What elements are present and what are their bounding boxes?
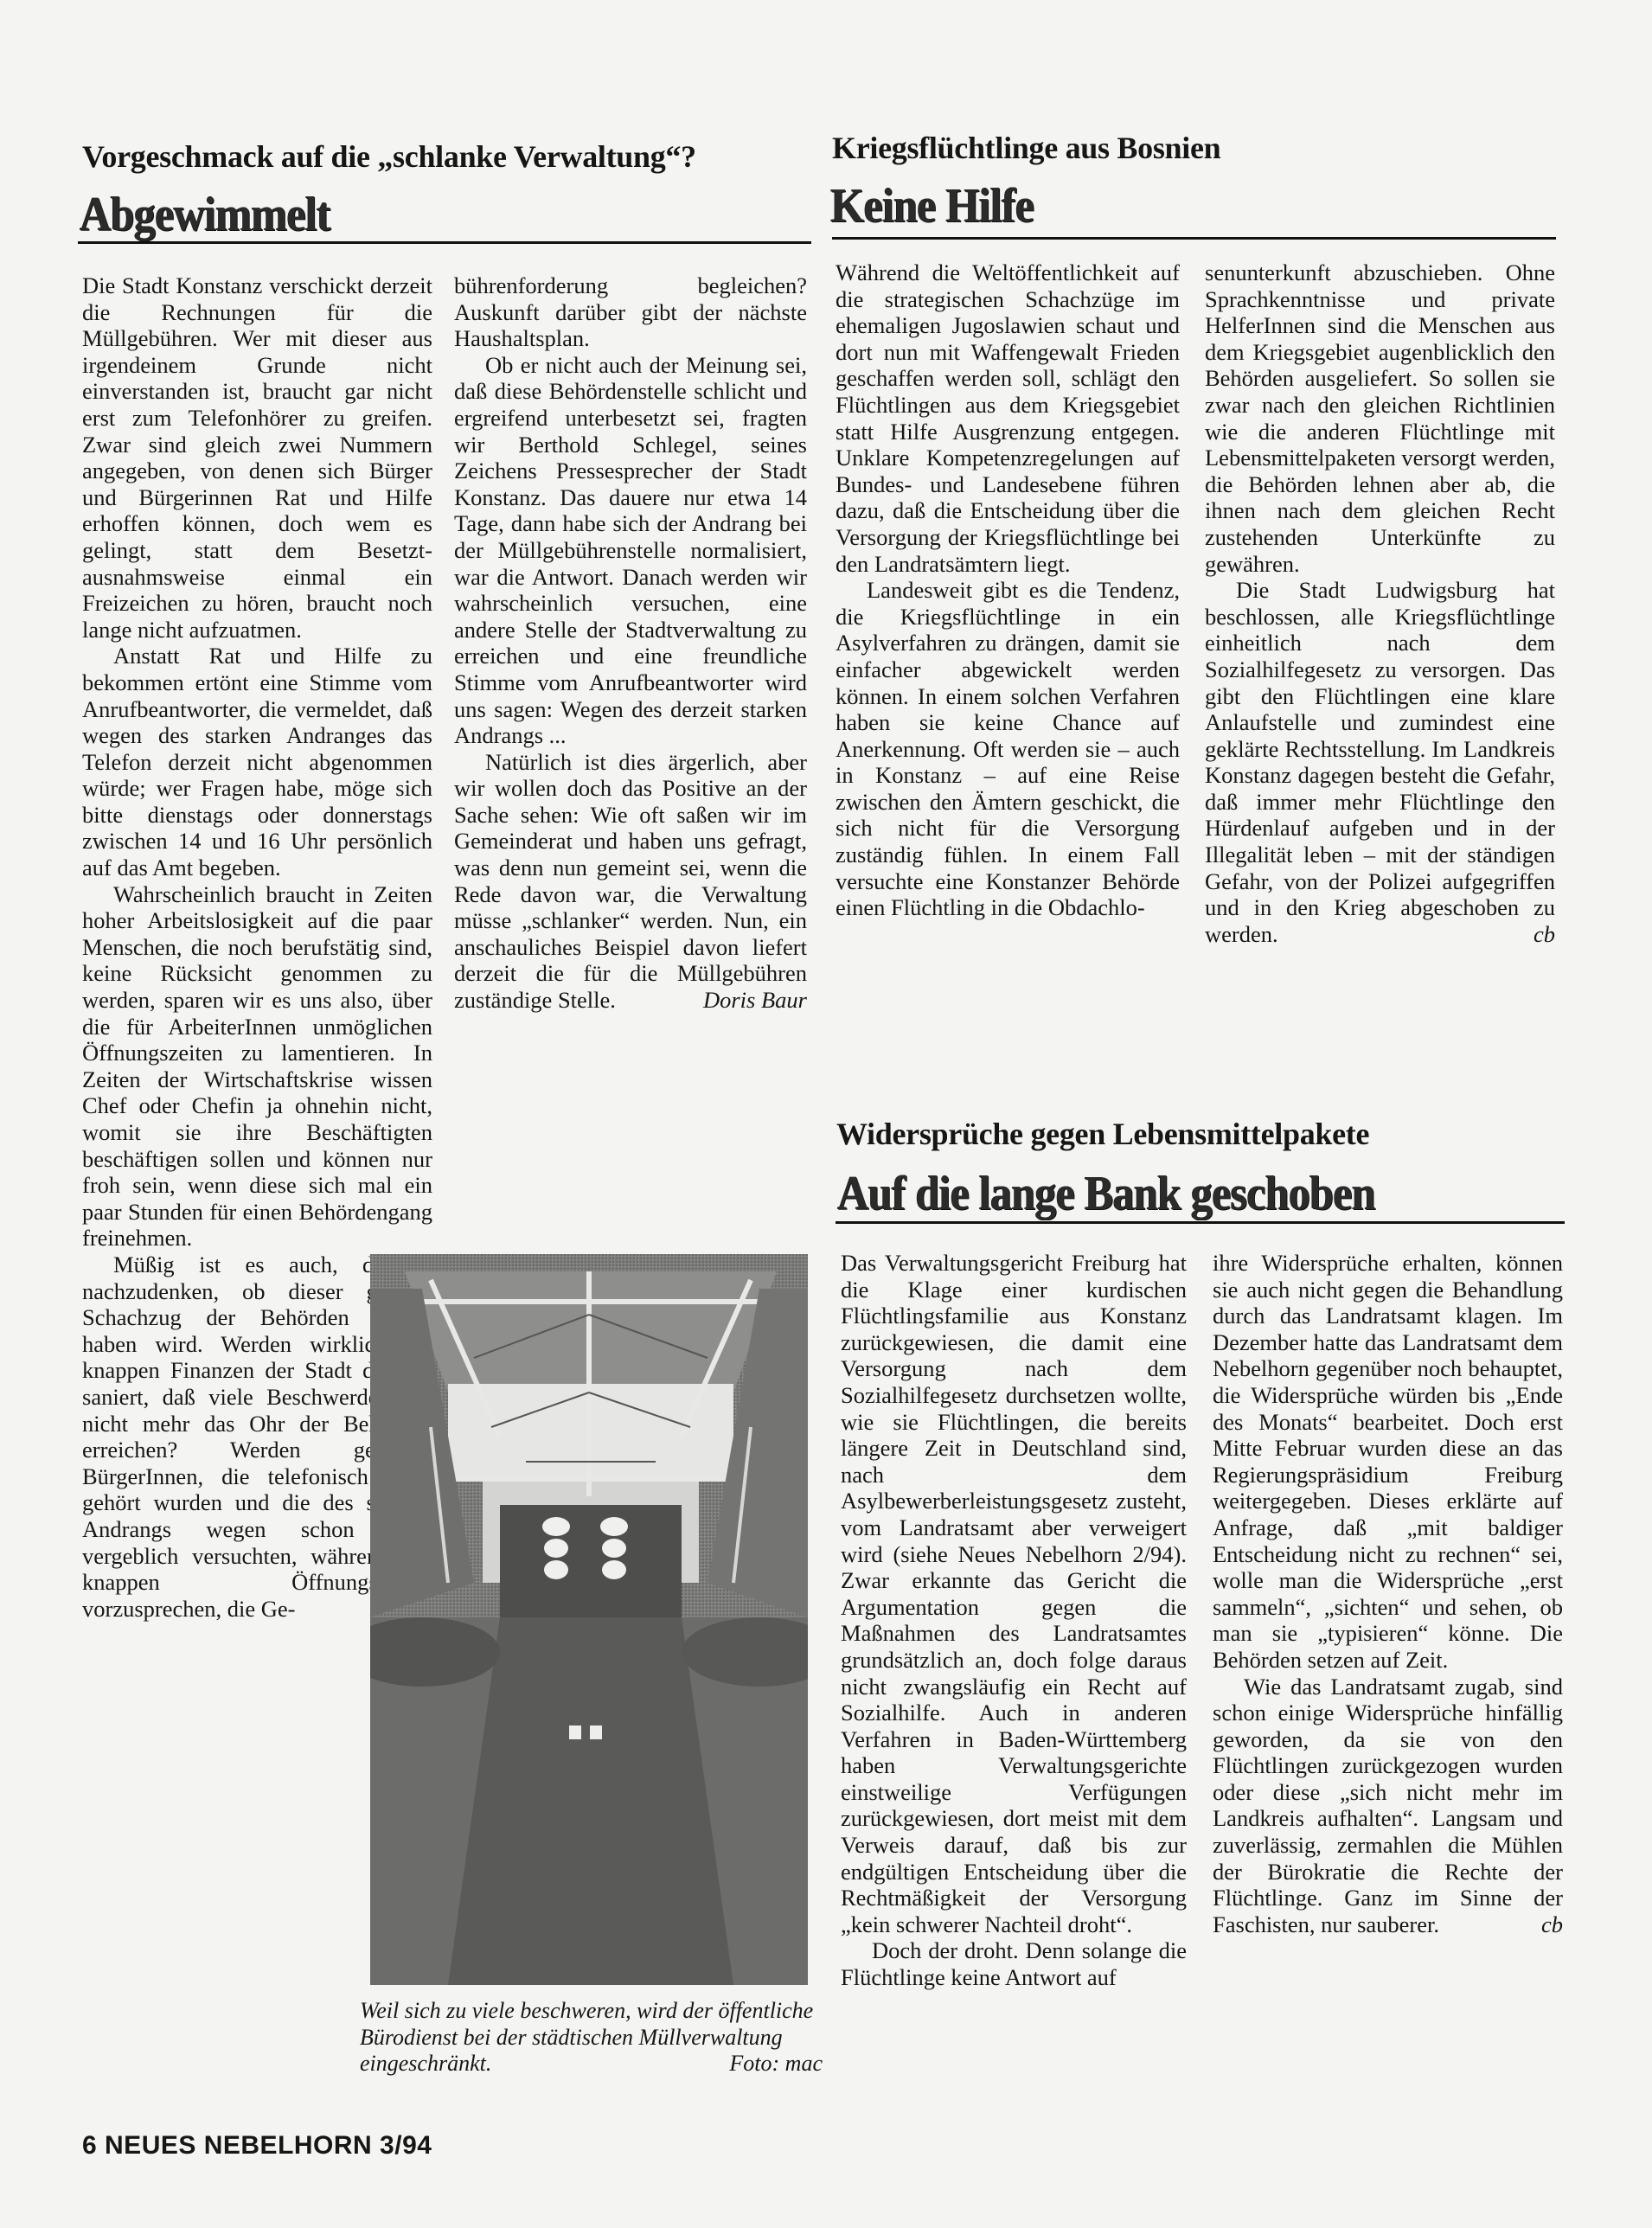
article2-kicker: Kriegsflüchtlinge aus Bosnien [832, 130, 1220, 166]
photo-credit: Foto: mac [729, 2051, 823, 2078]
article1-photo-caption: Weil sich zu viele beschweren, wird der … [360, 1998, 823, 2078]
hall-interior-image [370, 1254, 808, 1985]
article2-headline: Keine Hilfe [830, 178, 1034, 234]
article3-kicker: Widersprüche gegen Lebensmittelpakete [836, 1116, 1369, 1152]
article1-photo [370, 1254, 808, 1985]
article2-paragraph: senunterkunft abzuschieben. Ohne Sprachk… [1205, 259, 1555, 577]
article1-paragraph: Anstatt Rat und Hilfe zu bekommen ertönt… [82, 643, 432, 880]
article3-column-1: Das Verwaltungsgericht Freiburg hat die … [841, 1250, 1187, 1991]
article1-kicker: Vorgeschmack auf die „schlanke Verwaltun… [82, 138, 696, 175]
article2-paragraph: Während die Weltöffentlichkeit auf die s… [836, 259, 1180, 577]
article3-paragraph: Das Verwaltungsgericht Freiburg hat die … [841, 1250, 1187, 1937]
article3-paragraph: Wie das Landratsamt zugab, sind schon ei… [1213, 1674, 1563, 1938]
article2-author: cb [1502, 921, 1555, 948]
article1-paragraph: bührenforderung begleichen? Auskunft dar… [454, 272, 807, 352]
article3-headline: Auf die lange Bank geschoben [837, 1166, 1375, 1221]
article1-column-2: bührenforderung begleichen? Auskunft dar… [454, 272, 807, 1014]
article3-column-2: ihre Widersprüche erhalten, können sie a… [1213, 1250, 1563, 1937]
article1-paragraph: Die Stadt Konstanz verschickt derzeit di… [82, 272, 432, 643]
article3-paragraph: ihre Widersprüche erhalten, können sie a… [1213, 1250, 1563, 1674]
article2-rule [832, 237, 1556, 240]
article2-paragraph: Die Stadt Ludwigsburg hat beschlossen, a… [1205, 577, 1555, 947]
article1-paragraph: Natürlich ist dies ärgerlich, aber wir w… [454, 749, 807, 1014]
article2-column-2: senunterkunft abzuschieben. Ohne Sprachk… [1205, 259, 1555, 947]
article1-paragraph: Ob er nicht auch der Meinung sei, daß di… [454, 352, 807, 749]
article2-paragraph: Landesweit gibt es die Tendenz, die Krie… [836, 577, 1180, 921]
article1-rule [78, 241, 811, 244]
article1-author: Doris Baur [672, 987, 807, 1014]
article3-paragraph: Doch der droht. Denn solange die Flüchtl… [841, 1937, 1187, 1990]
article1-paragraph: Wahrscheinlich braucht in Zeiten hoher A… [82, 881, 432, 1252]
article3-rule [836, 1221, 1565, 1224]
article1-headline: Abgewimmelt [80, 187, 330, 242]
page-footer: 6 NEUES NEBELHORN 3/94 [82, 2131, 432, 2161]
article3-author: cb [1510, 1911, 1563, 1938]
article2-column-1: Während die Weltöffentlichkeit auf die s… [836, 259, 1180, 921]
